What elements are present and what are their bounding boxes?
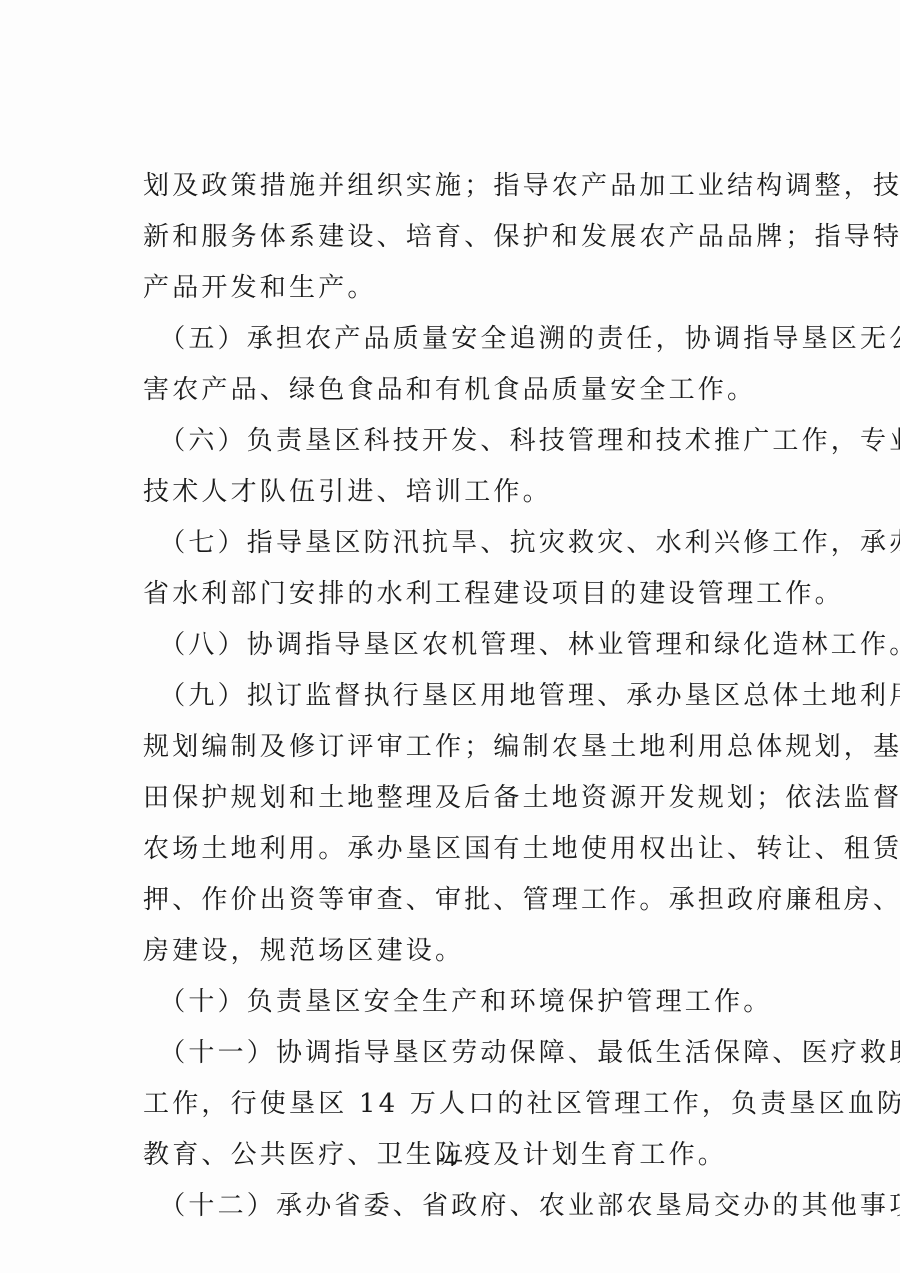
item-9-line: 田保护规划和土地整理及后备土地资源开发规划；依法监督检查: [143, 778, 813, 829]
item-6-line: （六）负责垦区科技开发、科技管理和技术推广工作，专业: [143, 421, 813, 472]
paragraph-line: 新和服务体系建设、培育、保护和发展农产品品牌；指导特色农: [143, 217, 813, 268]
item-7-line: 省水利部门安排的水利工程建设项目的建设管理工作。: [143, 574, 813, 625]
item-9-line: （九）拟订监督执行垦区用地管理、承办垦区总体土地利用: [143, 676, 813, 727]
item-7-line: （七）指导垦区防汛抗旱、抗灾救灾、水利兴修工作，承办: [143, 523, 813, 574]
document-page: 划及政策措施并组织实施；指导农产品加工业结构调整，技术创 新和服务体系建设、培育…: [0, 0, 900, 1273]
item-6-line: 技术人才队伍引进、培训工作。: [143, 472, 813, 523]
item-11-line: 工作，行使垦区 14 万人口的社区管理工作，负责垦区血防、幼儿: [143, 1084, 813, 1135]
page-number: -4-: [0, 1146, 900, 1172]
item-9-line: 规划编制及修订评审工作；编制农垦土地利用总体规划，基本农: [143, 727, 813, 778]
paragraph-line: 划及政策措施并组织实施；指导农产品加工业结构调整，技术创: [143, 166, 813, 217]
item-11-line: （十一）协调指导垦区劳动保障、最低生活保障、医疗救助: [143, 1033, 813, 1084]
item-9-line: 农场土地利用。承办垦区国有土地使用权出让、转让、租赁、抵: [143, 829, 813, 880]
item-8-line: （八）协调指导垦区农机管理、林业管理和绿化造林工作。: [143, 625, 813, 676]
item-5-line: （五）承担农产品质量安全追溯的责任，协调指导垦区无公: [143, 319, 813, 370]
item-12-line: （十二）承办省委、省政府、农业部农垦局交办的其他事项。: [143, 1186, 813, 1237]
item-5-line: 害农产品、绿色食品和有机食品质量安全工作。: [143, 370, 813, 421]
item-9-line: 押、作价出资等审查、审批、管理工作。承担政府廉租房、保障: [143, 880, 813, 931]
item-9-line: 房建设，规范场区建设。: [143, 931, 813, 982]
paragraph-line: 产品开发和生产。: [143, 268, 813, 319]
document-body: 划及政策措施并组织实施；指导农产品加工业结构调整，技术创 新和服务体系建设、培育…: [143, 166, 813, 1237]
item-10-line: （十）负责垦区安全生产和环境保护管理工作。: [143, 982, 813, 1033]
